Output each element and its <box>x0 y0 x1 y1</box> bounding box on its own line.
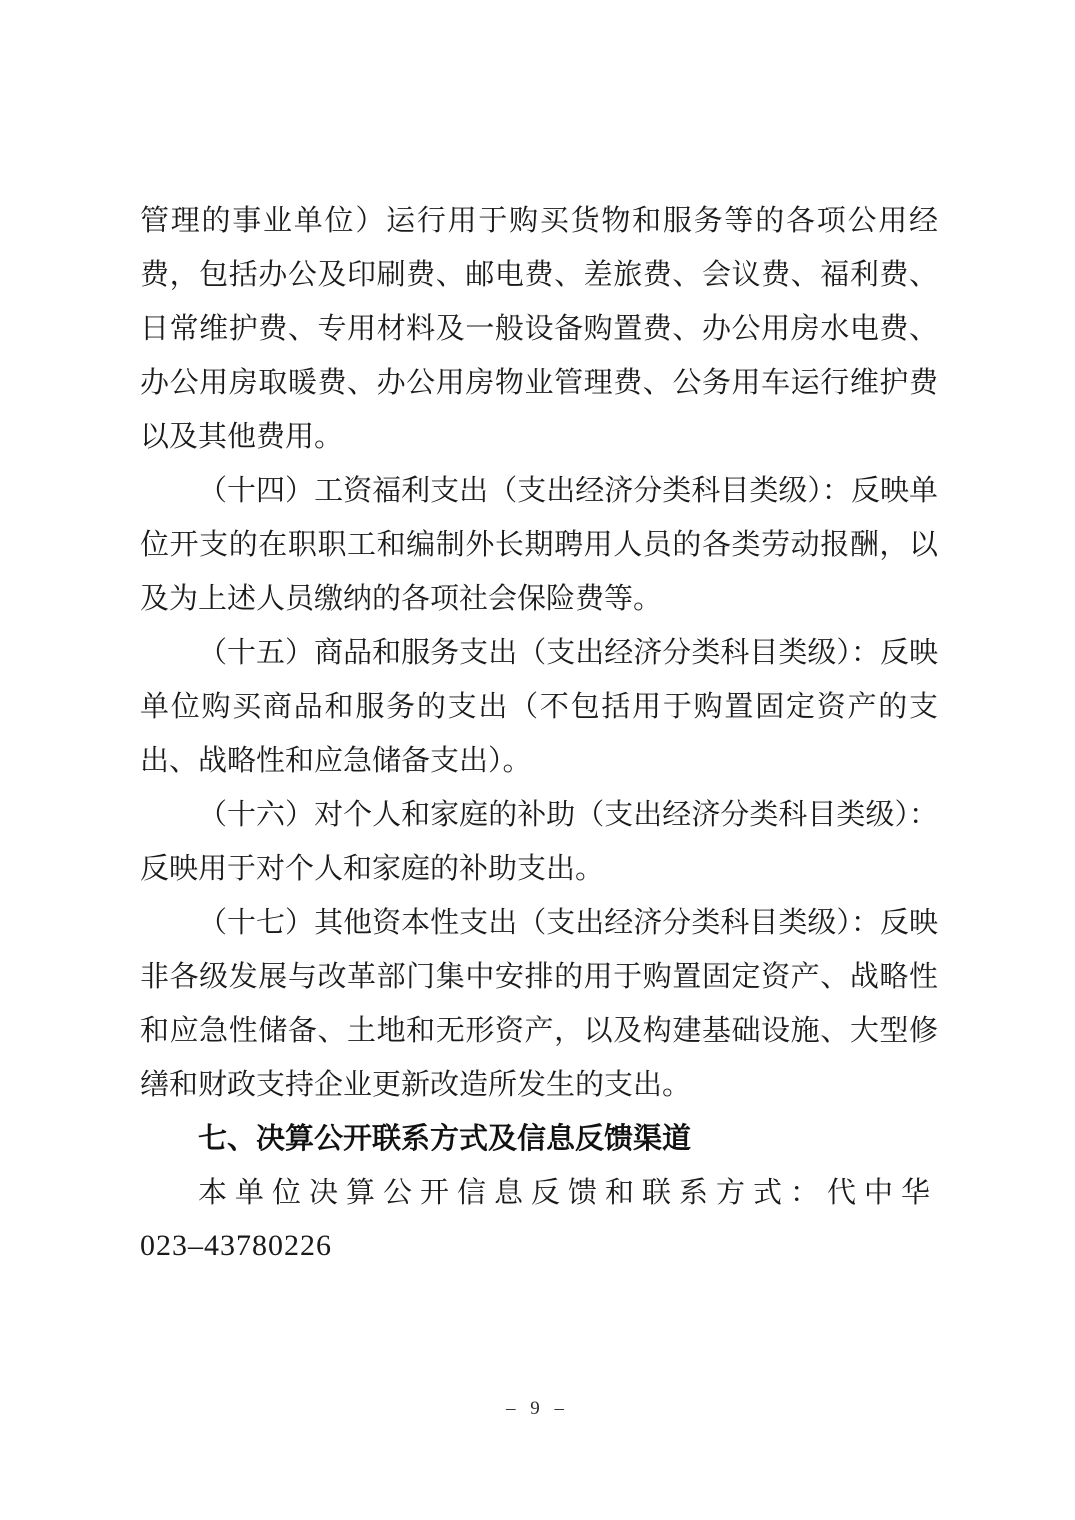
section-heading-contact-feedback: 七、决算公开联系方式及信息反馈渠道 <box>140 1111 938 1165</box>
paragraph-item-14-wage-welfare: （十四）工资福利支出（支出经济分类科目类级）：反映单位开支的在职职工和编制外长期… <box>140 463 938 625</box>
paragraph-item-15-goods-services: （十五）商品和服务支出（支出经济分类科目类级）：反映单位购买商品和服务的支出（不… <box>140 625 938 787</box>
paragraph-item-17-other-capital-expenditure: （十七）其他资本性支出（支出经济分类科目类级）：反映非各级发展与改革部门集中安排… <box>140 895 938 1111</box>
paragraph-public-funds-continuation: 管理的事业单位）运行用于购买货物和服务等的各项公用经费，包括办公及印刷费、邮电费… <box>140 193 938 463</box>
contact-info-line: 本单位决算公开信息反馈和联系方式：代中华 <box>140 1165 938 1219</box>
page-number: – 9 – <box>0 1398 1075 1420</box>
contact-phone-number: 023–43780226 <box>140 1219 938 1273</box>
document-body: 管理的事业单位）运行用于购买货物和服务等的各项公用经费，包括办公及印刷费、邮电费… <box>140 193 938 1273</box>
document-page: 管理的事业单位）运行用于购买货物和服务等的各项公用经费，包括办公及印刷费、邮电费… <box>0 0 1075 1520</box>
paragraph-item-16-individual-family-subsidy: （十六）对个人和家庭的补助（支出经济分类科目类级）：反映用于对个人和家庭的补助支… <box>140 787 938 895</box>
